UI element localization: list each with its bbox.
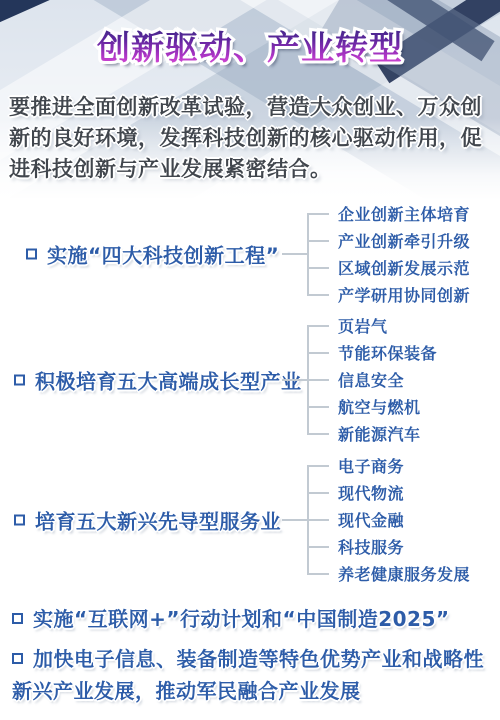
tree-branch-line bbox=[307, 240, 329, 242]
page-title-text: 创新驱动、产业转型 bbox=[97, 22, 403, 69]
tree-row: 信息安全 bbox=[307, 366, 500, 393]
section-label-row: 培育五大新兴先导型服务业 bbox=[14, 505, 281, 534]
tree-branch-line bbox=[307, 433, 329, 435]
tree-row: 产学研用协同创新 bbox=[307, 281, 500, 308]
tree-item: 信息安全 bbox=[338, 368, 404, 391]
tree-branch-line bbox=[307, 519, 329, 521]
section-label: 实施“四大科技创新工程” bbox=[47, 240, 279, 269]
connector-line bbox=[282, 519, 307, 521]
tree-item: 节能环保装备 bbox=[338, 341, 437, 364]
tree-spine-line bbox=[307, 213, 309, 295]
tree-branch-line bbox=[307, 492, 329, 494]
tree-row: 产业创新牵引升级 bbox=[307, 227, 500, 254]
tree-branch-line bbox=[307, 352, 329, 354]
square-bullet-icon bbox=[14, 374, 25, 385]
section-label: 积极培育五大高端成长型产业 bbox=[35, 365, 302, 394]
tree-item: 养老健康服务发展 bbox=[338, 562, 470, 585]
tree-row: 现代物流 bbox=[307, 479, 500, 506]
tree-spine-line bbox=[307, 325, 309, 434]
tree-spine-line bbox=[307, 465, 309, 574]
tree-item: 产业创新牵引升级 bbox=[338, 229, 470, 252]
tree-item: 新能源汽车 bbox=[338, 422, 421, 445]
tree-item: 现代金融 bbox=[338, 508, 404, 531]
tree-branch-line bbox=[307, 213, 329, 215]
tree-row: 节能环保装备 bbox=[307, 339, 500, 366]
tree-branch-line bbox=[307, 294, 329, 296]
connector-line bbox=[282, 253, 307, 255]
section-label-row: 实施“四大科技创新工程” bbox=[26, 240, 279, 269]
footnote-industry-development: 加快电子信息、装备制造等特色优势产业和战略性新兴产业发展，推动军民融合产业发展 bbox=[12, 643, 492, 707]
branch-tree: 页岩气 节能环保装备 信息安全 航空与燃机 新能源汽车 bbox=[307, 312, 500, 447]
tree-branch-line bbox=[307, 546, 329, 548]
section-label-row: 积极培育五大高端成长型产业 bbox=[14, 365, 302, 394]
connector-line bbox=[282, 379, 307, 381]
tree-item: 产学研用协同创新 bbox=[338, 283, 470, 306]
square-bullet-icon bbox=[12, 613, 23, 624]
square-bullet-icon bbox=[12, 653, 23, 664]
section-five-highend-industries: 积极培育五大高端成长型产业 页岩气 节能环保装备 信息安全 航空与燃机 新能源汽… bbox=[0, 312, 500, 447]
branch-tree: 企业创新主体培育 产业创新牵引升级 区域创新发展示范 产学研用协同创新 bbox=[307, 200, 500, 308]
tree-row: 区域创新发展示范 bbox=[307, 254, 500, 281]
tree-branch-line bbox=[307, 379, 329, 381]
tree-row: 企业创新主体培育 bbox=[307, 200, 500, 227]
tree-branch-line bbox=[307, 573, 329, 575]
tree-branch-line bbox=[307, 406, 329, 408]
square-bullet-icon bbox=[14, 514, 25, 525]
tree-branch-line bbox=[307, 465, 329, 467]
branch-tree: 电子商务 现代物流 现代金融 科技服务 养老健康服务发展 bbox=[307, 452, 500, 587]
tree-row: 科技服务 bbox=[307, 533, 500, 560]
tree-row: 电子商务 bbox=[307, 452, 500, 479]
tree-row: 航空与燃机 bbox=[307, 393, 500, 420]
tree-row: 新能源汽车 bbox=[307, 420, 500, 447]
tree-row: 现代金融 bbox=[307, 506, 500, 533]
tree-item: 电子商务 bbox=[338, 454, 404, 477]
tree-item: 现代物流 bbox=[338, 481, 404, 504]
page-title: 创新驱动、产业转型 创新驱动、产业转型 bbox=[0, 22, 500, 69]
tree-item: 区域创新发展示范 bbox=[338, 256, 470, 279]
section-label: 培育五大新兴先导型服务业 bbox=[35, 505, 281, 534]
footnote-internet-plus: 实施“互联网+”行动计划和“中国制造2025” bbox=[12, 603, 492, 632]
tree-item: 企业创新主体培育 bbox=[338, 202, 470, 225]
tree-row: 页岩气 bbox=[307, 312, 500, 339]
square-bullet-icon bbox=[26, 249, 37, 260]
tree-branch-line bbox=[307, 267, 329, 269]
tree-branch-line bbox=[307, 325, 329, 327]
tree-item: 航空与燃机 bbox=[338, 395, 421, 418]
tree-item: 科技服务 bbox=[338, 535, 404, 558]
intro-paragraph: 要推进全面创新改革试验，营造大众创业、万众创新的良好环境，发挥科技创新的核心驱动… bbox=[9, 92, 493, 185]
infographic-page: 创新驱动、产业转型 创新驱动、产业转型 要推进全面创新改革试验，营造大众创业、万… bbox=[0, 0, 500, 720]
section-five-pioneer-services: 培育五大新兴先导型服务业 电子商务 现代物流 现代金融 科技服务 养老健康服务发… bbox=[0, 452, 500, 587]
tree-item: 页岩气 bbox=[338, 314, 388, 337]
tree-row: 养老健康服务发展 bbox=[307, 560, 500, 587]
section-four-sci-tech-projects: 实施“四大科技创新工程” 企业创新主体培育 产业创新牵引升级 区域创新发展示范 … bbox=[0, 200, 500, 308]
footnote-text: 加快电子信息、装备制造等特色优势产业和战略性新兴产业发展，推动军民融合产业发展 bbox=[12, 647, 484, 703]
footnote-text: 实施“互联网+”行动计划和“中国制造2025” bbox=[33, 607, 450, 631]
